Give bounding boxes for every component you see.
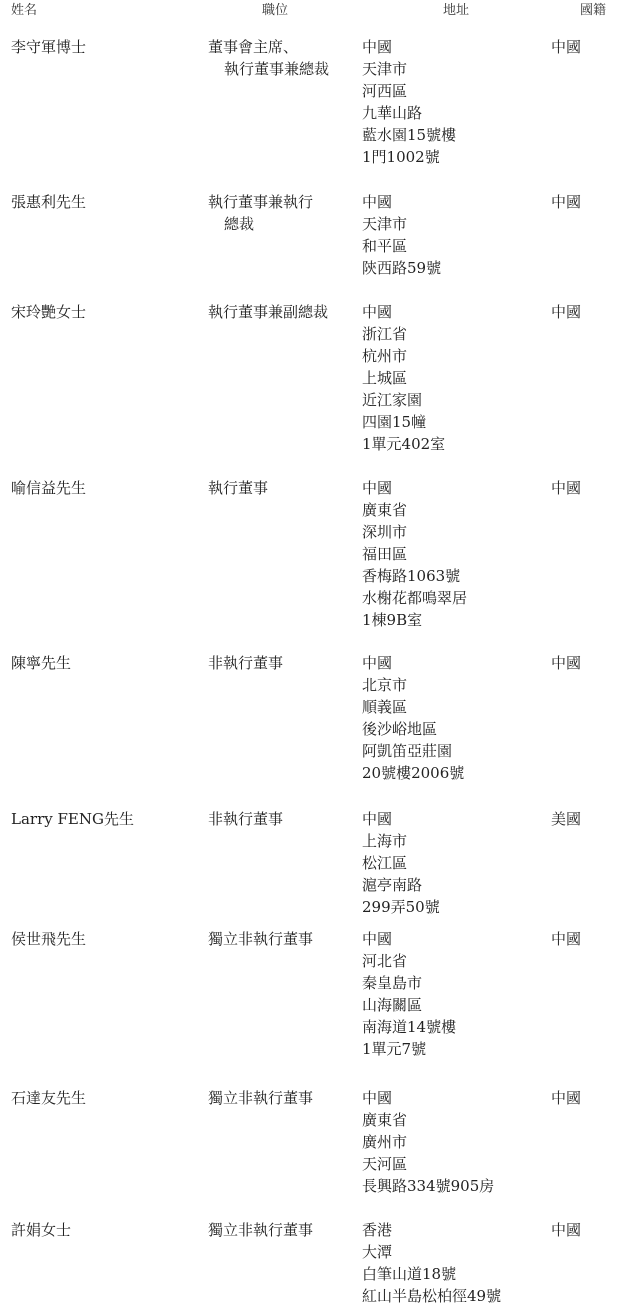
address-line: 秦皇島市	[362, 972, 456, 994]
position-line: 執行董事兼執行	[208, 191, 313, 213]
address-line: 和平區	[362, 235, 441, 257]
address-line: 上海市	[362, 830, 440, 852]
address-line: 1單元7號	[362, 1038, 456, 1060]
address-line: 廣東省	[362, 499, 467, 521]
position-line: 獨立非執行董事	[208, 1219, 313, 1241]
address-line: 杭州市	[362, 345, 445, 367]
position-line: 執行董事兼總裁	[208, 58, 329, 80]
director-position: 執行董事兼副總裁	[208, 301, 328, 323]
director-nationality: 中國	[551, 652, 581, 674]
position-line: 非執行董事	[208, 808, 283, 830]
position-line: 執行董事	[208, 477, 268, 499]
director-address: 中國 天津市 和平區 陝西路59號	[362, 191, 441, 279]
address-line: 四園15幢	[362, 411, 445, 433]
director-name: Larry FENG先生	[11, 808, 134, 830]
address-line: 中國	[362, 808, 440, 830]
director-position: 董事會主席、 執行董事兼總裁	[208, 36, 329, 80]
header-name: 姓名	[11, 2, 37, 20]
address-line: 中國	[362, 652, 464, 674]
director-name: 喻信益先生	[11, 477, 86, 499]
header-position: 職位	[262, 2, 288, 20]
director-nationality: 中國	[551, 191, 581, 213]
director-nationality: 中國	[551, 928, 581, 950]
address-line: 順義區	[362, 696, 464, 718]
address-line: 紅山半島松柏徑49號	[362, 1285, 501, 1307]
director-position: 非執行董事	[208, 808, 283, 830]
address-line: 天津市	[362, 58, 456, 80]
director-nationality: 美國	[551, 808, 581, 830]
director-nationality: 中國	[551, 1219, 581, 1241]
address-line: 山海關區	[362, 994, 456, 1016]
address-line: 1棟9B室	[362, 609, 467, 631]
address-line: 長興路334號905房	[362, 1175, 494, 1197]
director-address: 中國 廣東省 廣州市 天河區 長興路334號905房	[362, 1087, 494, 1197]
address-line: 近江家園	[362, 389, 445, 411]
address-line: 廣東省	[362, 1109, 494, 1131]
director-address: 中國 廣東省 深圳市 福田區 香梅路1063號 水榭花都鳴翠居 1棟9B室	[362, 477, 467, 631]
address-line: 白筆山道18號	[362, 1263, 501, 1285]
address-line: 河北省	[362, 950, 456, 972]
address-line: 水榭花都鳴翠居	[362, 587, 467, 609]
director-position: 執行董事	[208, 477, 268, 499]
address-line: 廣州市	[362, 1131, 494, 1153]
director-nationality: 中國	[551, 301, 581, 323]
header-nationality: 國籍	[580, 2, 606, 20]
director-name: 宋玲艷女士	[11, 301, 86, 323]
address-line: 中國	[362, 301, 445, 323]
director-position: 非執行董事	[208, 652, 283, 674]
director-address: 香港 大潭 白筆山道18號 紅山半島松柏徑49號	[362, 1219, 501, 1307]
director-position: 獨立非執行董事	[208, 928, 313, 950]
address-line: 1單元402室	[362, 433, 445, 455]
director-position: 執行董事兼執行 總裁	[208, 191, 313, 235]
director-name: 侯世飛先生	[11, 928, 86, 950]
address-line: 1門1002號	[362, 146, 456, 168]
director-position: 獨立非執行董事	[208, 1087, 313, 1109]
address-line: 南海道14號樓	[362, 1016, 456, 1038]
position-line: 獨立非執行董事	[208, 928, 313, 950]
address-line: 大潭	[362, 1241, 501, 1263]
address-line: 九華山路	[362, 102, 456, 124]
header-address: 地址	[443, 2, 469, 20]
address-line: 松江區	[362, 852, 440, 874]
address-line: 中國	[362, 477, 467, 499]
address-line: 陝西路59號	[362, 257, 441, 279]
position-line: 董事會主席、	[208, 36, 329, 58]
director-name: 李守軍博士	[11, 36, 86, 58]
address-line: 北京市	[362, 674, 464, 696]
director-position: 獨立非執行董事	[208, 1219, 313, 1241]
director-nationality: 中國	[551, 36, 581, 58]
address-line: 上城區	[362, 367, 445, 389]
director-name: 陳寧先生	[11, 652, 71, 674]
address-line: 天河區	[362, 1153, 494, 1175]
address-line: 阿凱笛亞莊園	[362, 740, 464, 762]
position-line: 獨立非執行董事	[208, 1087, 313, 1109]
address-line: 河西區	[362, 80, 456, 102]
address-line: 滬亭南路	[362, 874, 440, 896]
director-name: 張惠利先生	[11, 191, 86, 213]
director-name: 石達友先生	[11, 1087, 86, 1109]
address-line: 中國	[362, 191, 441, 213]
address-line: 香梅路1063號	[362, 565, 467, 587]
address-line: 後沙峪地區	[362, 718, 464, 740]
director-address: 中國 天津市 河西區 九華山路 藍水園15號樓 1門1002號	[362, 36, 456, 168]
director-address: 中國 北京市 順義區 後沙峪地區 阿凱笛亞莊園 20號樓2006號	[362, 652, 464, 784]
director-nationality: 中國	[551, 477, 581, 499]
position-line: 執行董事兼副總裁	[208, 301, 328, 323]
address-line: 中國	[362, 1087, 494, 1109]
position-line: 總裁	[208, 213, 313, 235]
position-line: 非執行董事	[208, 652, 283, 674]
director-address: 中國 浙江省 杭州市 上城區 近江家園 四園15幢 1單元402室	[362, 301, 445, 455]
address-line: 20號樓2006號	[362, 762, 464, 784]
address-line: 藍水園15號樓	[362, 124, 456, 146]
address-line: 天津市	[362, 213, 441, 235]
address-line: 深圳市	[362, 521, 467, 543]
address-line: 福田區	[362, 543, 467, 565]
address-line: 中國	[362, 928, 456, 950]
address-line: 浙江省	[362, 323, 445, 345]
address-line: 香港	[362, 1219, 501, 1241]
director-address: 中國 河北省 秦皇島市 山海關區 南海道14號樓 1單元7號	[362, 928, 456, 1060]
address-line: 中國	[362, 36, 456, 58]
director-name: 許娟女士	[11, 1219, 71, 1241]
director-nationality: 中國	[551, 1087, 581, 1109]
address-line: 299弄50號	[362, 896, 440, 918]
director-address: 中國 上海市 松江區 滬亭南路 299弄50號	[362, 808, 440, 918]
